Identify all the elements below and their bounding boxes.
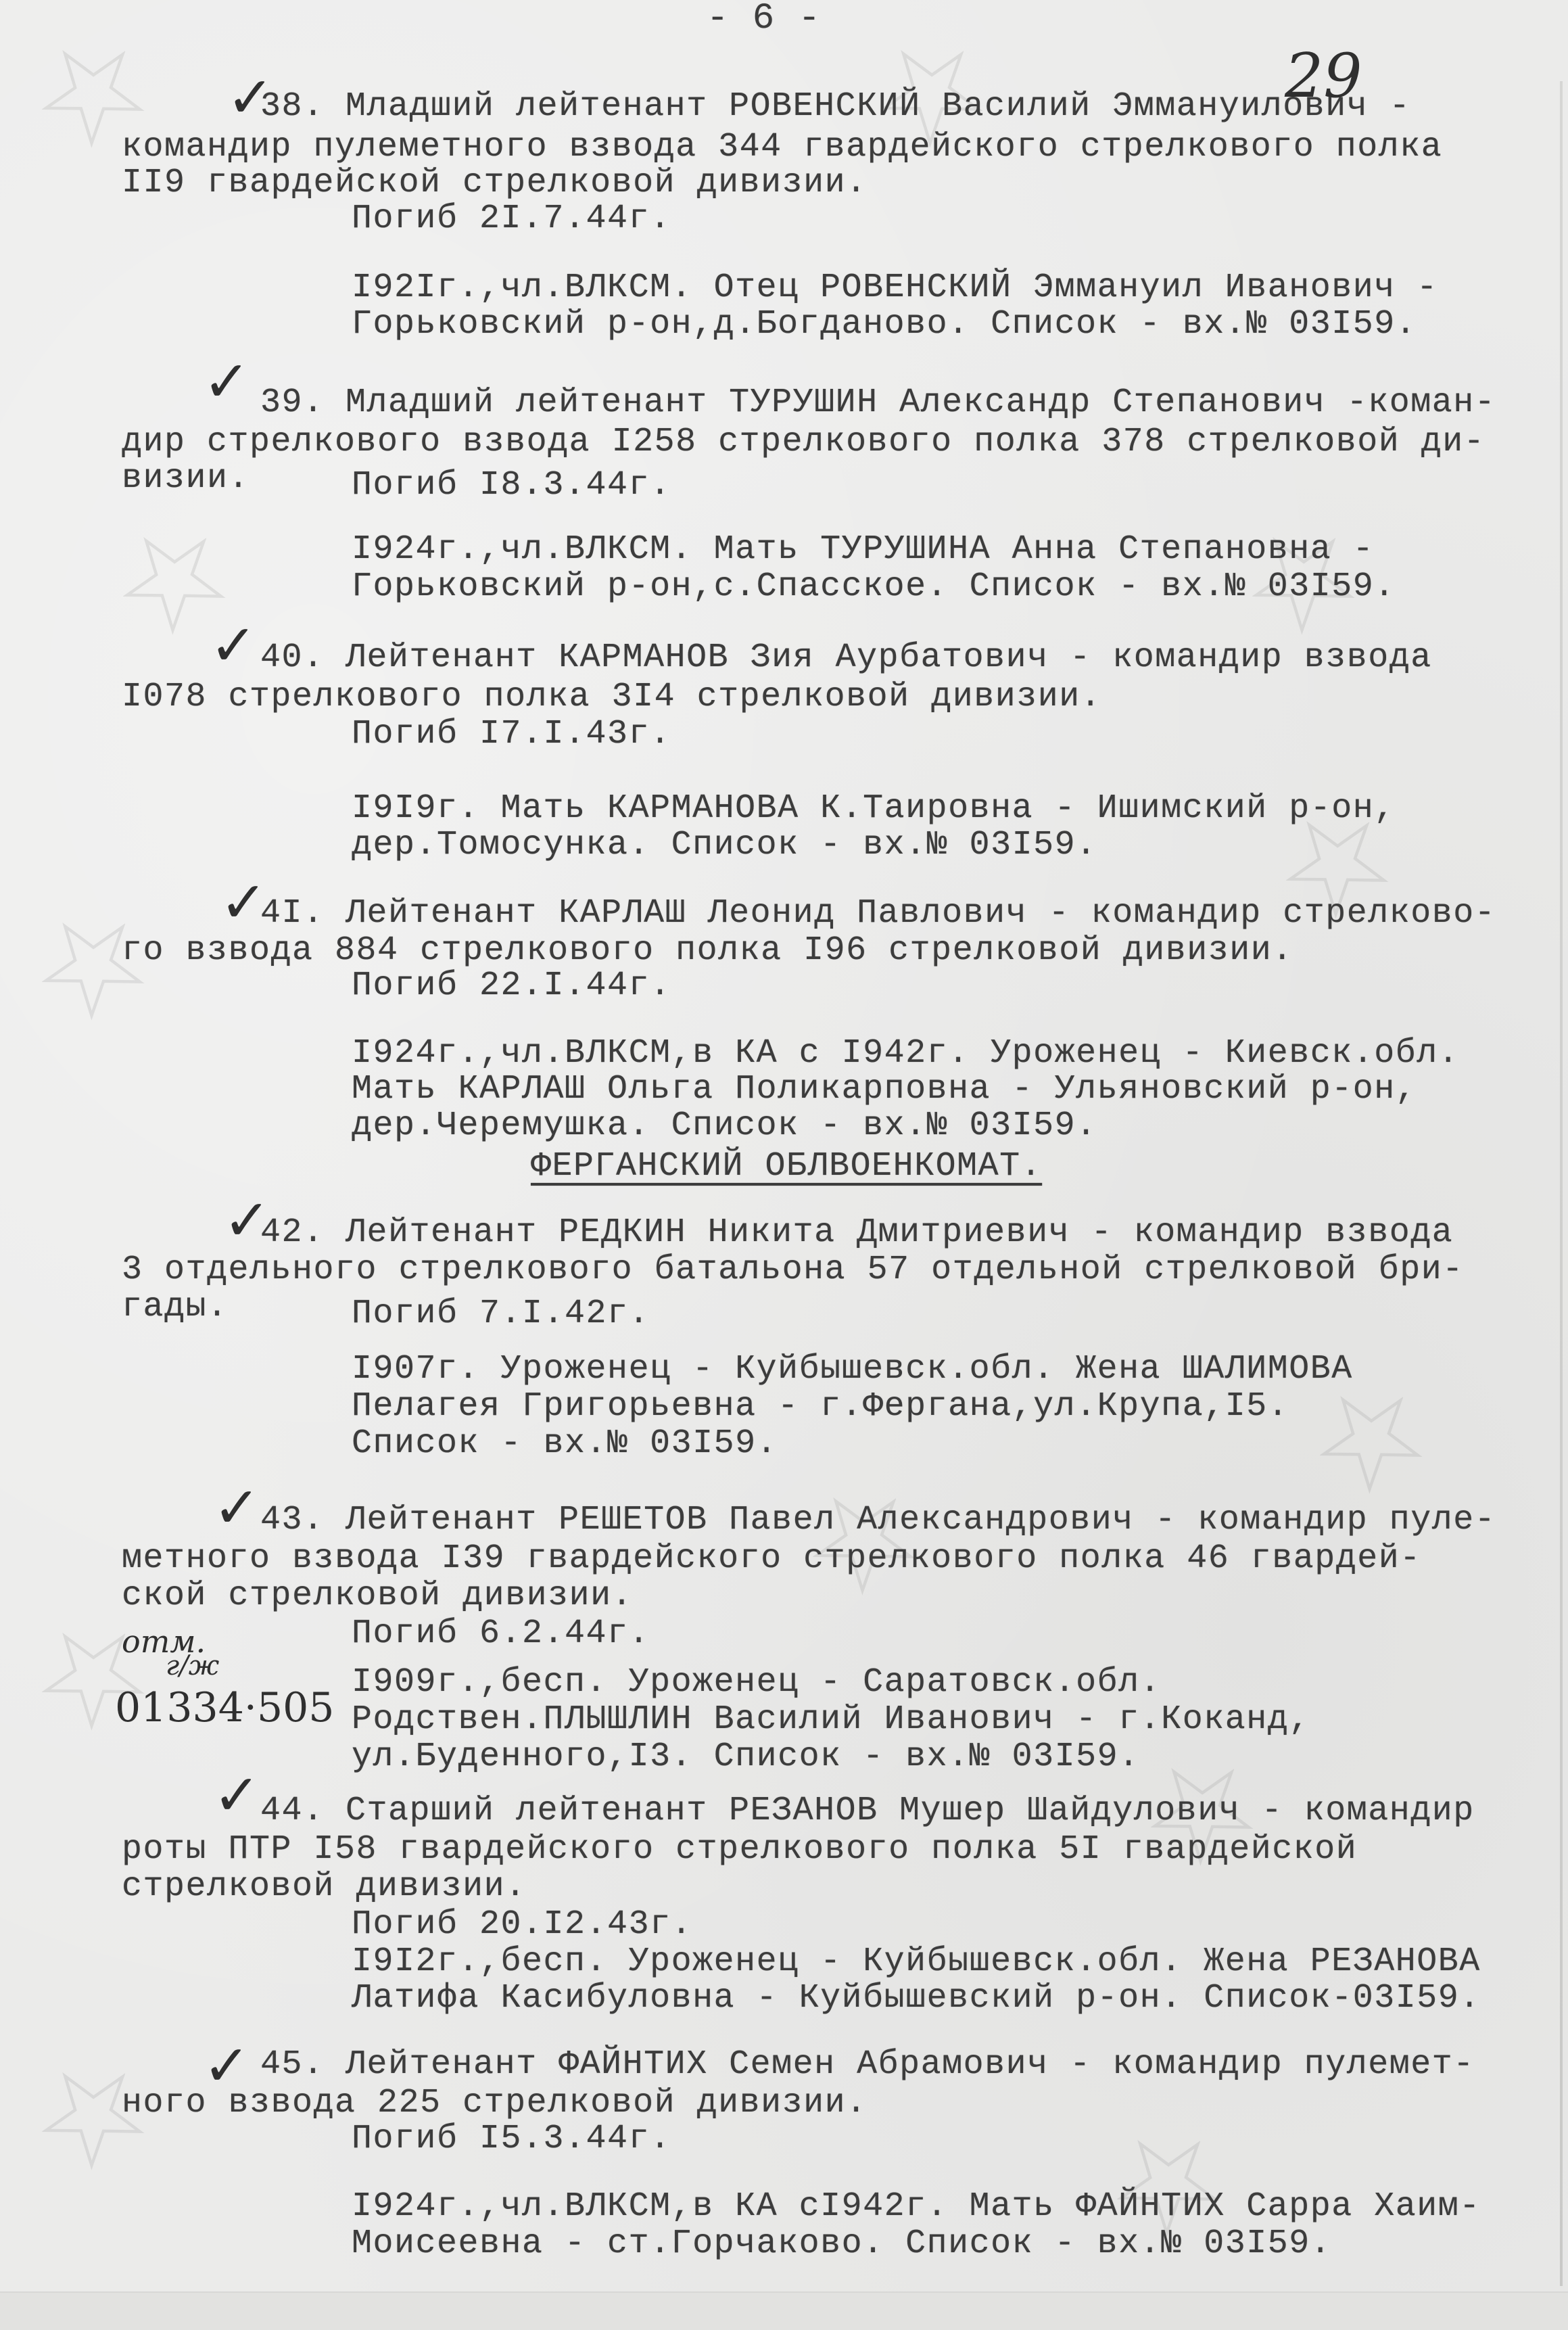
entry-detail: дер.Томосунка. Список - вх.№ 03I59. <box>352 826 1097 864</box>
entry-line: Младший лейтенант ТУРУШИН Александр Степ… <box>346 383 1496 422</box>
entry-detail: Моисеевна - ст.Горчаково. Список - вх.№ … <box>352 2225 1331 2263</box>
entry-line: командир пулеметного взвода 344 гвардейс… <box>122 129 1442 166</box>
entry-line: Старший лейтенант РЕЗАНОВ Мушер Шайдулов… <box>346 1792 1475 1830</box>
page-bottom-edge <box>0 2291 1568 2330</box>
entry-38: 38. Младший лейтенант РОВЕНСКИЙ Василий … <box>260 88 1410 126</box>
death-date: Погиб I5.3.44г. <box>352 2120 671 2158</box>
check-mark-icon: ✓ <box>203 348 250 415</box>
entry-line: гады. <box>122 1288 229 1326</box>
entry-41: 4I. Лейтенант КАРЛАШ Леонид Павлович - к… <box>260 895 1496 933</box>
entry-detail: Пелагея Григорьевна - г.Фергана,ул.Крупа… <box>352 1388 1289 1426</box>
entry-number: 4I. <box>260 894 325 933</box>
entry-line: Лейтенант РЕШЕТОВ Павел Александрович - … <box>346 1501 1496 1539</box>
entry-42: 42. Лейтенант РЕДКИН Никита Дмитриевич -… <box>260 1214 1453 1252</box>
entry-line: ного взвода 225 стрелковой дивизии. <box>122 2084 868 2122</box>
entry-number: 43. <box>260 1501 325 1539</box>
entry-line: го взвода 884 стрелкового полка I96 стре… <box>122 932 1293 970</box>
entry-line: Лейтенант РЕДКИН Никита Дмитриевич - ком… <box>346 1213 1453 1252</box>
check-mark-icon: ✓ <box>210 612 257 678</box>
entry-line: роты ПТР I58 гвардейского стрелкового по… <box>122 1831 1357 1869</box>
page-edge-shadow <box>1560 81 1563 2286</box>
entry-detail: I9I9г. Мать КАРМАНОВА К.Таировна - Ишимс… <box>352 790 1396 828</box>
entry-detail: Родствен.ПЛЫШЛИН Василий Иванович - г.Ко… <box>352 1701 1310 1739</box>
entry-line: 3 отдельного стрелкового батальона 57 от… <box>122 1251 1464 1289</box>
death-date: Погиб 2I.7.44г. <box>352 200 671 238</box>
entry-44: 44. Старший лейтенант РЕЗАНОВ Мушер Шайд… <box>260 1792 1475 1830</box>
entry-detail: ул.Буденного,I3. Список - вх.№ 03I59. <box>352 1738 1140 1776</box>
entry-detail: I924г.,чл.ВЛКСМ,в КА с I942г. Уроженец -… <box>352 1035 1459 1073</box>
entry-40: 40. Лейтенант КАРМАНОВ Зия Аурбатович - … <box>260 639 1432 677</box>
entry-number: 38. <box>260 87 325 126</box>
entry-detail: Список - вх.№ 03I59. <box>352 1425 778 1463</box>
entry-line: Лейтенант КАРМАНОВ Зия Аурбатович - кома… <box>346 638 1432 677</box>
entry-detail: I909г.,бесп. Уроженец - Саратовск.обл. <box>352 1664 1161 1702</box>
entry-line: Лейтенант ФАЙНТИХ Семен Абрамович - кома… <box>346 2045 1475 2084</box>
entry-line: Младший лейтенант РОВЕНСКИЙ Василий Эмма… <box>346 87 1410 126</box>
entry-line: II9 гвардейской стрелковой дивизии. <box>122 164 868 202</box>
entry-39: 39. Младший лейтенант ТУРУШИН Александр … <box>260 384 1496 422</box>
death-date: Погиб 20.I2.43г. <box>352 1906 692 1944</box>
death-date: Погиб 7.I.42г. <box>352 1295 650 1333</box>
entry-line: метного взвода I39 гвардейского стрелков… <box>122 1540 1421 1578</box>
section-heading: ФЕРГАНСКИЙ ОБЛВОЕНКОМАТ. <box>531 1148 1042 1186</box>
entry-number: 45. <box>260 2045 325 2084</box>
entry-number: 44. <box>260 1792 325 1830</box>
entry-detail: Латифа Касибуловна - Куйбышевский р-он. … <box>352 1980 1481 2018</box>
death-date: Погиб 6.2.44г. <box>352 1615 650 1653</box>
death-date: Погиб 22.I.44г. <box>352 967 671 1005</box>
entry-number: 39. <box>260 383 325 422</box>
entry-detail: I924г.,чл.ВЛКСМ. Мать ТУРУШИНА Анна Степ… <box>352 531 1374 569</box>
entry-line: I078 стрелкового полка 3I4 стрелковой ди… <box>122 678 1101 716</box>
entry-detail: I907г. Уроженец - Куйбышевск.обл. Жена Ш… <box>352 1351 1353 1389</box>
check-mark-icon: ✓ <box>213 1762 260 1828</box>
entry-line: стрелковой дивизии. <box>122 1868 527 1906</box>
entry-number: 42. <box>260 1213 325 1252</box>
document-page: - 6 - 29 ✓ 38. Младший лейтенант РОВЕНСК… <box>0 0 1568 2330</box>
entry-number: 40. <box>260 638 325 677</box>
entry-detail: I9I2г.,бесп. Уроженец - Куйбышевск.обл. … <box>352 1943 1481 1981</box>
entry-line: ской стрелковой дивизии. <box>122 1577 633 1615</box>
entry-detail: Мать КАРЛАШ Ольга Поликарповна - Ульянов… <box>352 1071 1417 1109</box>
entry-43: 43. Лейтенант РЕШЕТОВ Павел Александрови… <box>260 1501 1496 1539</box>
entry-line: Лейтенант КАРЛАШ Леонид Павлович - коман… <box>346 894 1496 933</box>
entry-line: дир стрелкового взвода I258 стрелкового … <box>122 423 1485 461</box>
death-date: Погиб I8.3.44г. <box>352 467 671 505</box>
entry-detail: I924г.,чл.ВЛКСМ,в КА сI942г. Мать ФАЙНТИ… <box>352 2188 1481 2226</box>
entry-detail: дер.Черемушка. Список - вх.№ 03I59. <box>352 1107 1097 1145</box>
page-number: - 6 - <box>707 0 822 38</box>
entry-line: визии. <box>122 460 250 498</box>
death-date: Погиб I7.I.43г. <box>352 716 671 753</box>
margin-note-number: 01334·505 <box>115 1684 334 1731</box>
check-mark-icon: ✓ <box>213 1474 260 1541</box>
entry-detail: Горьковский р-он,с.Спасское. Список - вх… <box>352 568 1396 606</box>
margin-note: г/ж <box>166 1650 219 1681</box>
entry-detail: I92Iг.,чл.ВЛКСМ. Отец РОВЕНСКИЙ Эммануил… <box>352 269 1438 307</box>
entry-detail: Горьковский р-он,д.Богданово. Список - в… <box>352 306 1417 344</box>
entry-45: 45. Лейтенант ФАЙНТИХ Семен Абрамович - … <box>260 2046 1475 2084</box>
